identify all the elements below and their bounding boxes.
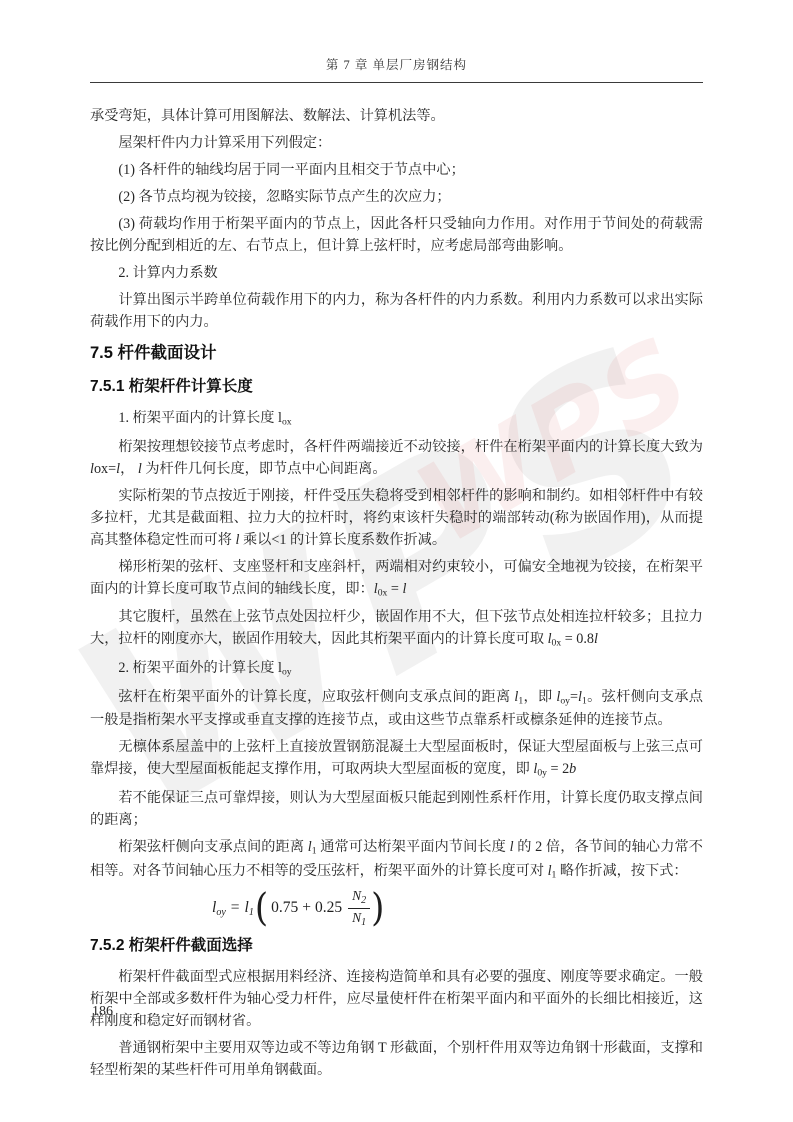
text-run: = — [570, 689, 578, 705]
formula-equals: = — [231, 896, 240, 920]
formula-num-sub: 2 — [361, 895, 366, 906]
section-heading-7-5: 7.5 杆件截面设计 — [90, 341, 703, 367]
text-run: 0x — [552, 638, 562, 649]
subsection-label-in-plane: 1. 桁架平面内的计算长度 lox — [90, 407, 703, 431]
paragraph-angle-steel: 普通钢桁架中主要用双等边或不等边角钢 T 形截面，个别杆件用双等边角钢十形截面，… — [90, 1037, 703, 1081]
subsection-label-out-of-plane: 2. 桁架平面外的计算长度 loy — [90, 657, 703, 681]
text-run: 无檩体系屋盖中的上弦杆上直接放置钢筋混凝土大型屋面板时，保证大型屋面板与上弦三点… — [90, 739, 703, 777]
paragraph-ideal-hinge: 桁架按理想铰接节点考虑时，各杆件两端接近不动铰接，杆件在桁架平面内的计算长度大致… — [90, 436, 703, 480]
formula-close-paren: ) — [371, 889, 384, 927]
chapter-header-title: 第 7 章 单层厂房钢结构 — [90, 56, 703, 75]
text-run: 0y — [537, 768, 547, 779]
text-run: 通常可达桁架平面内节间长度 — [317, 839, 510, 855]
text-run: 2. 计算内力系数 — [118, 265, 217, 281]
text-run: 屋架杆件内力计算采用下列假定： — [118, 135, 331, 151]
formula-coef-sub: 1 — [249, 907, 254, 918]
text-run: 桁架弦杆侧向支承点间的距离 — [118, 839, 307, 855]
text-run: 乘以<1 的计算长度系数作折减。 — [239, 532, 446, 548]
text-run: ，即 — [523, 689, 556, 705]
paragraph-assumption-lead: 屋架杆件内力计算采用下列假定： — [90, 132, 703, 154]
formula-loy: loy = l1 ( 0.75 + 0.25 N2 N1 ) — [212, 888, 703, 928]
page-content: 第 7 章 单层厂房钢结构 承受弯矩，具体计算可用图解法、数解法、计算机法等。 … — [90, 56, 703, 1086]
formula-den-sub: 1 — [361, 917, 366, 928]
formula-term2: 0.25 — [315, 896, 342, 920]
formula-lhs: loy — [212, 896, 226, 921]
text-run: ox= — [94, 461, 116, 477]
formula-term1: 0.75 — [271, 896, 298, 920]
header-rule — [90, 82, 703, 83]
text-run: 承受弯矩，具体计算可用图解法、数解法、计算机法等。 — [90, 108, 445, 124]
text-run: ， — [120, 461, 138, 477]
document-page: WPS WPS 第 7 章 单层厂房钢结构 承受弯矩，具体计算可用图解法、数解法… — [0, 0, 793, 1122]
text-run: 1. 桁架平面内的计算长度 l — [118, 410, 282, 426]
text-run: 桁架按理想铰接节点考虑时，各杆件两端接近不动铰接，杆件在桁架平面内的计算长度大致… — [118, 439, 703, 455]
paragraph-no-weld-guarantee: 若不能保证三点可靠焊接，则认为大型屋面板只能起到刚性系杆作用，计算长度仍取支撑点… — [90, 787, 703, 831]
formula-plus: + — [302, 896, 311, 920]
paragraph-chord-out-of-plane: 弦杆在桁架平面外的计算长度，应取弦杆侧向支承点间的距离 l1，即 loy=l1。… — [90, 686, 703, 732]
paragraph-internal-force: 计算出图示半跨单位荷载作用下的内力，称为各杆件的内力系数。利用内力系数可以求出实… — [90, 289, 703, 333]
paragraph-intro: 承受弯矩，具体计算可用图解法、数解法、计算机法等。 — [90, 105, 703, 127]
text-run: 普通钢桁架中主要用双等边或不等边角钢 T 形截面，个别杆件用双等边角钢十形截面，… — [90, 1040, 703, 1078]
text-run: 略作折减，按下式： — [556, 863, 687, 879]
text-run: (2) 各节点均视为铰接，忽略实际节点产生的次应力； — [118, 189, 450, 205]
formula-fraction-denominator: N1 — [352, 909, 366, 929]
text-run: oy — [282, 667, 292, 678]
list-item-1: (1) 各杆件的轴线均居于同一平面内且相交于节点中心； — [90, 159, 703, 181]
paragraph-web-members: 其它腹杆，虽然在上弦节点处因拉杆少，嵌固作用不大，但下弦节点处相连拉杆较多；且拉… — [90, 606, 703, 652]
text-run: 若不能保证三点可靠焊接，则认为大型屋面板只能起到刚性系杆作用，计算长度仍取支撑点… — [90, 790, 703, 828]
text-run: 桁架杆件截面型式应根据用料经济、连接构造简单和具有必要的强度、刚度等要求确定。一… — [90, 969, 703, 1029]
formula-fraction: N2 N1 — [348, 888, 370, 928]
paragraph-purlinless-roof: 无檩体系屋盖中的上弦杆上直接放置钢筋混凝土大型屋面板时，保证大型屋面板与上弦三点… — [90, 736, 703, 782]
paragraph-lateral-support-distance: 桁架弦杆侧向支承点间的距离 l1 通常可达桁架平面内节间长度 l 的 2 倍，各… — [90, 836, 703, 883]
formula-coef: l1 — [245, 896, 254, 921]
section-heading-7-5-2: 7.5.2 桁架杆件截面选择 — [90, 934, 703, 958]
text-run: ox — [282, 417, 292, 428]
formula-den-var: N — [352, 910, 361, 925]
text-run: b — [569, 761, 576, 777]
text-run: 2. 桁架平面外的计算长度 l — [118, 660, 282, 676]
text-run: (3) 荷载均作用于桁架平面内的节点上，因此各杆只受轴向力作用。对作用于节间处的… — [90, 216, 703, 254]
text-run: l — [594, 631, 598, 647]
text-run: 计算出图示半跨单位荷载作用下的内力，称为各杆件的内力系数。利用内力系数可以求出实… — [90, 292, 703, 330]
text-run: 为杆件几何长度，即节点中心间距离。 — [142, 461, 387, 477]
formula-open-paren: ( — [255, 889, 268, 927]
formula-num-var: N — [352, 888, 361, 903]
section-heading-7-5-1: 7.5.1 桁架杆件计算长度 — [90, 375, 703, 399]
text-run: l — [402, 581, 406, 597]
text-run: 0x — [378, 587, 388, 598]
paragraph-trapezoid-truss: 梯形桁架的弦杆、支座竖杆和支座斜杆，两端相对约束较小，可偏安全地视为铰接，在桁架… — [90, 556, 703, 602]
text-run: 其它腹杆，虽然在上弦节点处因拉杆少，嵌固作用不大，但下弦节点处相连拉杆较多；且拉… — [90, 609, 703, 647]
formula-fraction-numerator: N2 — [348, 888, 370, 909]
subsection-label-internal-force: 2. 计算内力系数 — [90, 262, 703, 284]
list-item-2: (2) 各节点均视为铰接，忽略实际节点产生的次应力； — [90, 186, 703, 208]
page-number: 186 — [92, 1004, 113, 1020]
paragraph-section-type: 桁架杆件截面型式应根据用料经济、连接构造简单和具有必要的强度、刚度等要求确定。一… — [90, 966, 703, 1032]
formula-lhs-sub: oy — [216, 907, 225, 918]
text-run: = 0.8 — [561, 631, 594, 647]
text-run: (1) 各杆件的轴线均居于同一平面内且相交于节点中心； — [118, 162, 464, 178]
text-run: oy — [560, 695, 570, 706]
text-run: 弦杆在桁架平面外的计算长度，应取弦杆侧向支承点间的距离 — [118, 689, 514, 705]
text-run: = 2 — [547, 761, 569, 777]
list-item-3: (3) 荷载均作用于桁架平面内的节点上，因此各杆只受轴向力作用。对作用于节间处的… — [90, 213, 703, 257]
paragraph-rigid-joint: 实际桁架的节点按近于刚接，杆件受压失稳将受到相邻杆件的影响和制约。如相邻杆件中有… — [90, 485, 703, 551]
text-run: = — [387, 581, 402, 597]
